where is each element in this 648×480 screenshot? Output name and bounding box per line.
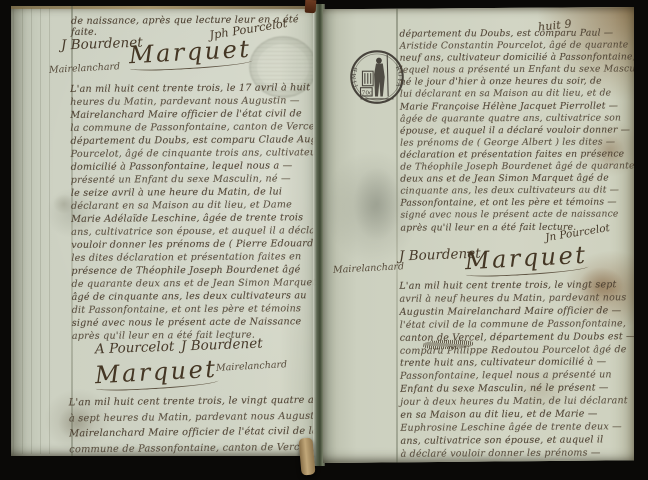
- birth-act-continuation-paragraph: département du Doubs, est comparu Paul —…: [399, 27, 628, 234]
- signature-marquet-mid: Marquet: [94, 355, 218, 392]
- bookmark-ribbon: [305, 0, 317, 13]
- left-page: de naissance, après que lecture leur en …: [11, 6, 316, 456]
- signature-officer-top: Mairelanchard: [49, 61, 121, 76]
- register-scan: de naissance, après que lecture leur en …: [0, 0, 648, 480]
- signature-marquet-top: Marquet: [128, 35, 252, 72]
- birth-act-paragraph: L'an mil huit cent trente trois, le 17 a…: [70, 81, 322, 343]
- next-act-opening-paragraph: L'an mil huit cent trente trois, le ving…: [69, 393, 322, 458]
- handwritten-line: commune de Passonfontaine, canton de Ver…: [69, 439, 321, 457]
- paper-stain: [353, 167, 401, 241]
- right-page: huit 9 TIMBRE ROYAL: [323, 7, 634, 463]
- signature-declarant-mid: A Pourcelot: [95, 339, 175, 358]
- stamp-text-left: TIMBRE: [348, 45, 360, 89]
- second-birth-act-paragraph: L'an mil huit cent trente trois, le ving…: [399, 279, 628, 461]
- signature-officer-mid: Mairelanchard: [216, 359, 288, 374]
- signature-marquet-right: Marquet: [464, 241, 588, 278]
- stamp-value: 70c: [362, 91, 373, 97]
- svg-text:TIMBRE: TIMBRE: [348, 45, 360, 89]
- timbre-royal-stamp: TIMBRE ROYAL 70c: [348, 45, 406, 111]
- handwritten-line: à déclaré vouloir donner les prénoms —: [401, 447, 629, 461]
- signature-officer-right: Mairelanchard: [333, 261, 405, 276]
- signature-bourdenet-mid: J Bourdenet: [181, 336, 263, 355]
